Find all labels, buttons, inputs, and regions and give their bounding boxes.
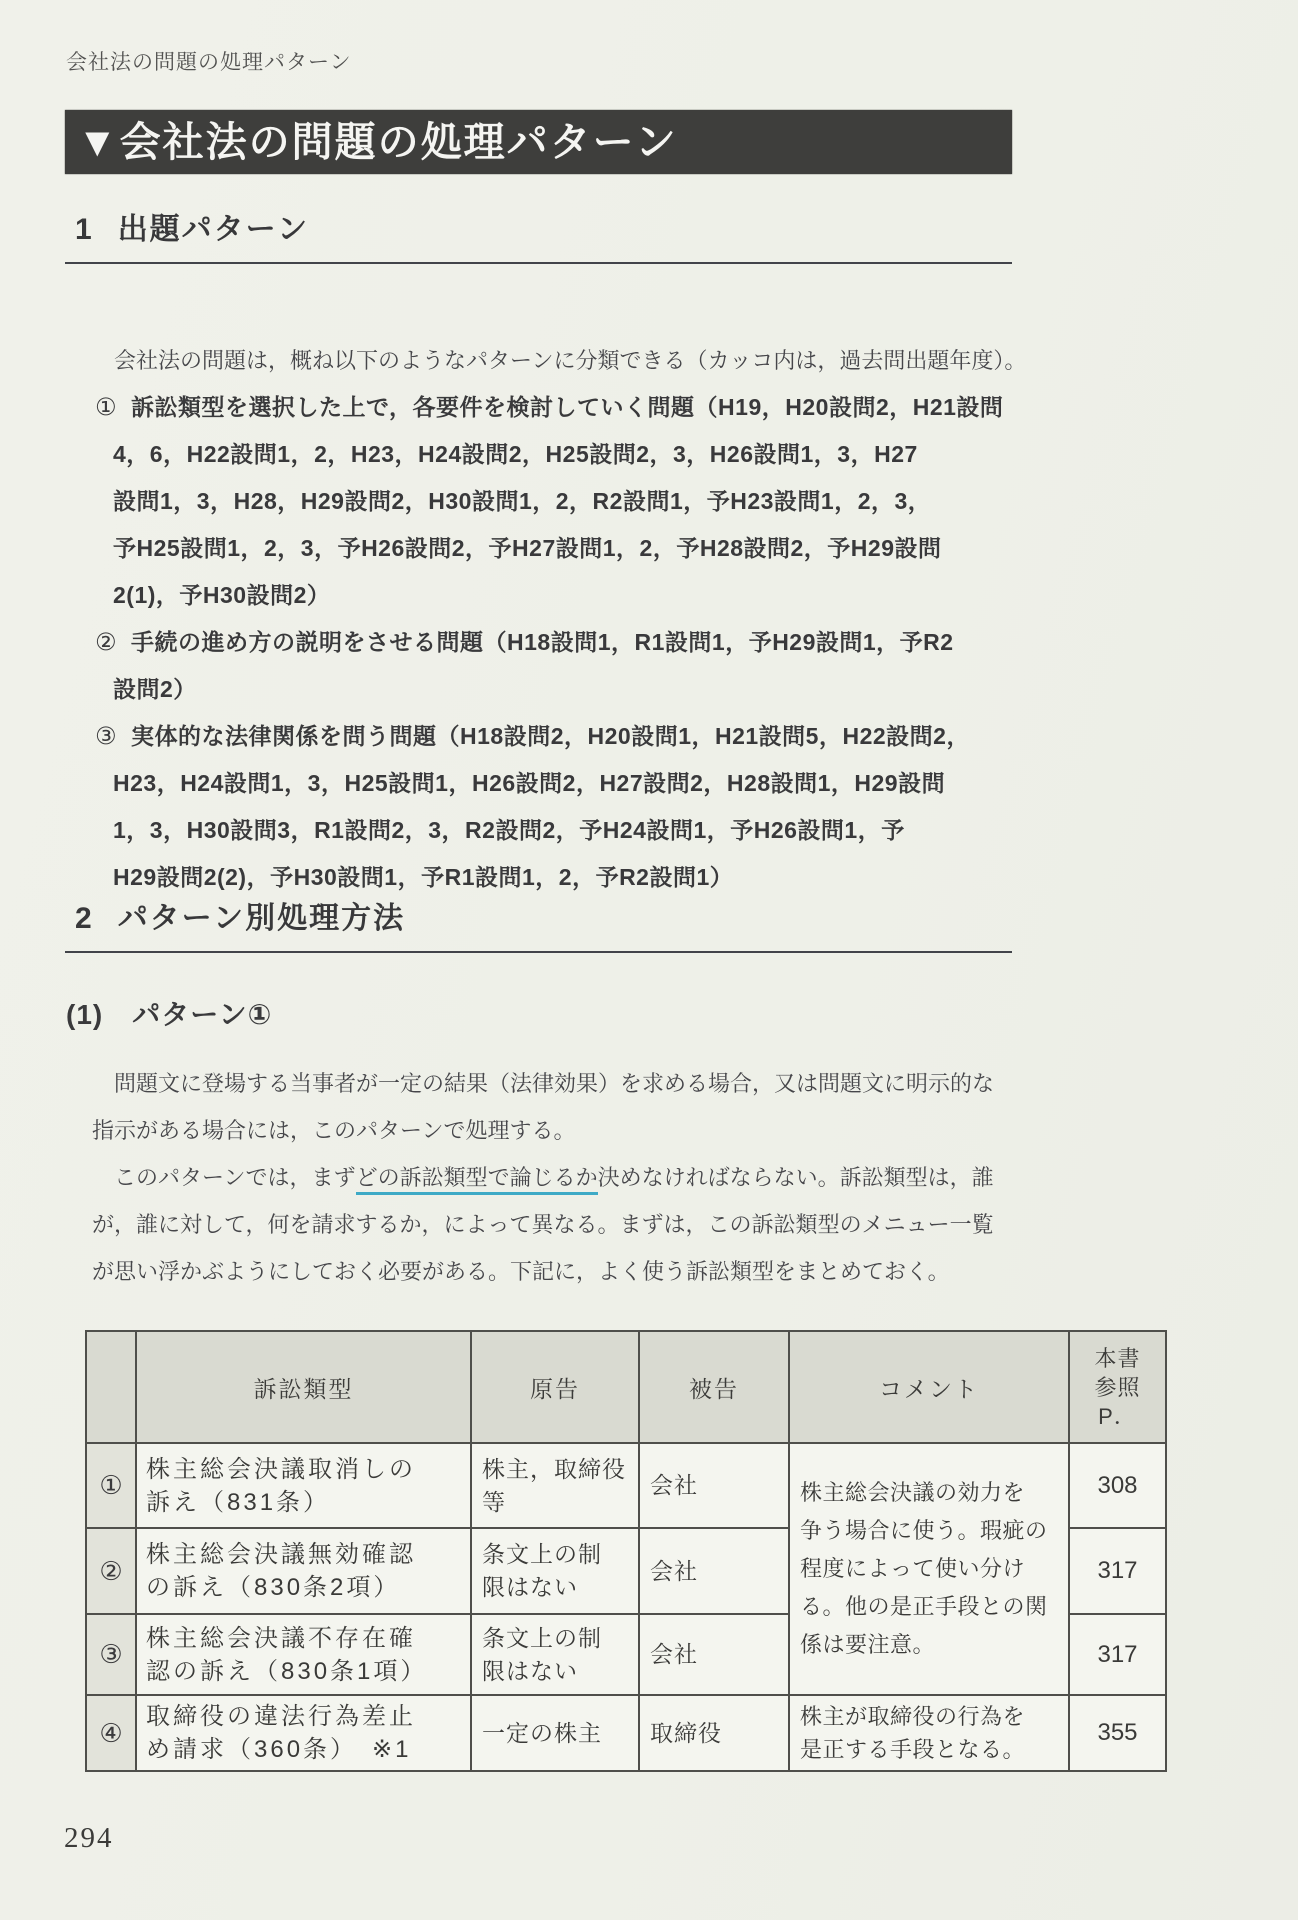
table-row: ① 株主総会決議取消しの 訴え（831条） 株主，取締役 等 会社 株主総会決議… xyxy=(86,1443,1166,1528)
row-4-plaintiff: 一定の株主 xyxy=(471,1695,639,1771)
section-2-heading: 2パターン別処理方法 xyxy=(75,893,405,937)
section-2-rule xyxy=(65,951,1012,953)
row-2-number: ② xyxy=(86,1528,136,1614)
chapter-title-banner: ▼会社法の問題の処理パターン xyxy=(65,110,1012,174)
header-plaintiff: 原告 xyxy=(471,1331,639,1443)
circled-number-3: ③ xyxy=(95,723,117,750)
blue-marker-underlined-text: どの訴訟類型で論じるか xyxy=(356,1165,598,1195)
section-2-number: 2 xyxy=(75,902,92,935)
row-4-page-ref: 355 xyxy=(1069,1695,1166,1771)
circled-number-2: ② xyxy=(95,629,117,656)
row-3-page-ref: 317 xyxy=(1069,1614,1166,1695)
row-1-plaintiff: 株主，取締役 等 xyxy=(471,1443,639,1528)
section-1-number: 1 xyxy=(75,213,92,246)
chapter-title: ▼会社法の問題の処理パターン xyxy=(65,110,1012,174)
section-1-intro: 会社法の問題は，概ね以下のようなパターンに分類できる（カッコ内は，過去問出題年度… xyxy=(92,337,1032,384)
list-item-1-line-4: 予H25設問1，2，3，予H26設問2，予H27設問1，2，予H28設問2，予H… xyxy=(92,525,1032,572)
row-3-litigation-type: 株主総会決議不存在確 認の訴え（830条1項） xyxy=(136,1614,471,1695)
row-3-plaintiff: 条文上の制 限はない xyxy=(471,1614,639,1695)
row-4-comment: 株主が取締役の行為を 是正する手段となる。 xyxy=(789,1695,1069,1771)
list-item-3-line-1: 実体的な法律関係を問う問題（H18設問2，H20設問1，H21設問5，H22設問… xyxy=(131,723,970,749)
paragraph-2-line-2: が，誰に対して，何を請求するか，によって異なる。まずは，この訴訟類型のメニュー一… xyxy=(92,1201,994,1248)
list-item-2: ②手続の進め方の説明をさせる問題（H18設問1，R1設問1，予H29設問1，予R… xyxy=(92,619,1032,713)
row-3-number: ③ xyxy=(86,1614,136,1695)
paragraph-2-line-1-pre: このパターンでは，まず xyxy=(92,1165,356,1190)
list-item-2-line-2: 設問2） xyxy=(92,666,1032,713)
page-number: 294 xyxy=(64,1822,114,1855)
circled-number-1: ① xyxy=(95,394,117,421)
section-1-heading: 1出題パターン xyxy=(75,204,309,248)
litigation-types-table: 訴訟類型 原告 被告 コメント 本書 参照 P． ① 株主総会決議取消しの 訴え… xyxy=(85,1330,1167,1772)
paragraph-1: 問題文に登場する当事者が一定の結果（法律効果）を求める場合，又は問題文に明示的な… xyxy=(92,1060,994,1154)
list-item-1-line-2: 4，6，H22設問1，2，H23，H24設問2，H25設問2，3，H26設問1，… xyxy=(92,431,1032,478)
paragraph-2-line-1-post: 決めなければならない。訴訟類型は，誰 xyxy=(598,1165,994,1190)
row-2-defendant: 会社 xyxy=(639,1528,789,1614)
subsection-pattern-1-heading: (1) パターン① xyxy=(66,993,272,1033)
section-2-title: パターン別処理方法 xyxy=(118,902,405,935)
running-header: 会社法の問題の処理パターン xyxy=(66,46,352,76)
table-header-row: 訴訟類型 原告 被告 コメント 本書 参照 P． xyxy=(86,1331,1166,1443)
row-4-number: ④ xyxy=(86,1695,136,1771)
table-row: ④ 取締役の違法行為差止 め請求（360条） ※1 一定の株主 取締役 株主が取… xyxy=(86,1695,1166,1771)
row-2-plaintiff: 条文上の制 限はない xyxy=(471,1528,639,1614)
row-1-litigation-type: 株主総会決議取消しの 訴え（831条） xyxy=(136,1443,471,1528)
section-1-title: 出題パターン xyxy=(118,213,309,246)
row-4-defendant: 取締役 xyxy=(639,1695,789,1771)
header-page-ref: 本書 参照 P． xyxy=(1069,1331,1166,1443)
header-comment: コメント xyxy=(789,1331,1069,1443)
row-1-defendant: 会社 xyxy=(639,1443,789,1528)
paragraph-2: このパターンでは，まずどの訴訟類型で論じるか決めなければならない。訴訟類型は，誰… xyxy=(92,1154,994,1295)
row-3-defendant: 会社 xyxy=(639,1614,789,1695)
list-item-2-line-1: 手続の進め方の説明をさせる問題（H18設問1，R1設問1，予H29設問1，予R2 xyxy=(131,629,954,655)
merged-comment-rows-1-3: 株主総会決議の効力を 争う場合に使う。瑕疵の 程度によって使い分け る。他の是正… xyxy=(789,1443,1069,1695)
row-2-litigation-type: 株主総会決議無効確認 の訴え（830条2項） xyxy=(136,1528,471,1614)
list-item-3-line-3: 1，3，H30設問3，R1設問2，3，R2設問2，予H24設問1，予H26設問1… xyxy=(92,807,1032,854)
header-blank xyxy=(86,1331,136,1443)
row-2-page-ref: 317 xyxy=(1069,1528,1166,1614)
header-litigation-type: 訴訟類型 xyxy=(136,1331,471,1443)
list-item-3: ③実体的な法律関係を問う問題（H18設問2，H20設問1，H21設問5，H22設… xyxy=(92,713,1032,901)
row-1-page-ref: 308 xyxy=(1069,1443,1166,1528)
header-defendant: 被告 xyxy=(639,1331,789,1443)
paragraph-2-line-3: が思い浮かぶようにしておく必要がある。下記に，よく使う訴訟類型をまとめておく。 xyxy=(92,1248,994,1295)
list-item-3-line-2: H23，H24設問1，3，H25設問1，H26設問2，H27設問2，H28設問1… xyxy=(92,760,1032,807)
section-1-rule xyxy=(65,262,1012,264)
list-item-1-line-3: 設問1，3，H28，H29設問2，H30設問1，2，R2設問1，予H23設問1，… xyxy=(92,478,1032,525)
row-4-litigation-type: 取締役の違法行為差止 め請求（360条） ※1 xyxy=(136,1695,471,1771)
list-item-1: ①訴訟類型を選択した上で，各要件を検討していく問題（H19，H20設問2，H21… xyxy=(92,384,1032,619)
list-item-1-line-1: 訴訟類型を選択した上で，各要件を検討していく問題（H19，H20設問2，H21設… xyxy=(131,394,1003,420)
pattern-list: ①訴訟類型を選択した上で，各要件を検討していく問題（H19，H20設問2，H21… xyxy=(92,384,1032,901)
list-item-1-line-5: 2(1)，予H30設問2） xyxy=(92,572,1032,619)
row-1-number: ① xyxy=(86,1443,136,1528)
paragraph-1-line-2: 指示がある場合には，このパターンで処理する。 xyxy=(92,1107,994,1154)
book-page: 会社法の問題の処理パターン ▼会社法の問題の処理パターン 1出題パターン 会社法… xyxy=(0,0,1298,1920)
paragraph-1-line-1: 問題文に登場する当事者が一定の結果（法律効果）を求める場合，又は問題文に明示的な xyxy=(92,1060,994,1107)
